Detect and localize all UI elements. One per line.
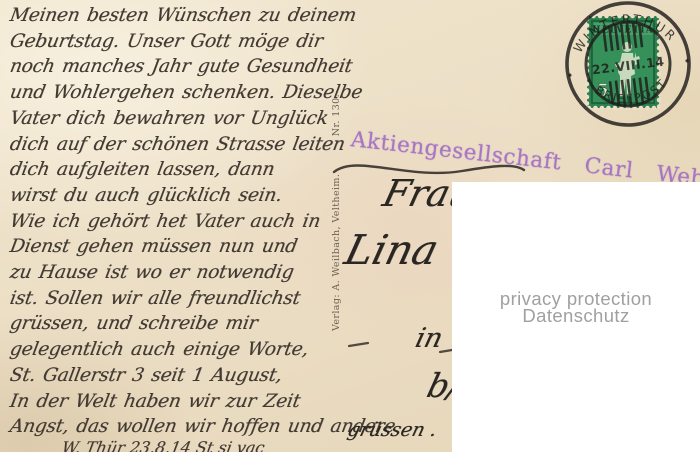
- address-name: Lina: [340, 226, 443, 274]
- postcard-scan: Meinen besten Wünschen zu deinem Geburts…: [0, 0, 700, 452]
- privacy-overlay: privacy protection Datenschutz: [452, 182, 700, 452]
- privacy-text-de: Datenschutz: [452, 307, 700, 324]
- postmark-date: 22.VIII.14: [591, 54, 665, 78]
- postmark-service: BRIEFPOST: [591, 75, 671, 111]
- svg-text:BRIEFPOST: BRIEFPOST: [591, 75, 671, 111]
- postmark: WINTERTHUR BRIEFPOST 22.VIII.14: [550, 0, 700, 142]
- address-closing: grüssen .: [345, 419, 439, 441]
